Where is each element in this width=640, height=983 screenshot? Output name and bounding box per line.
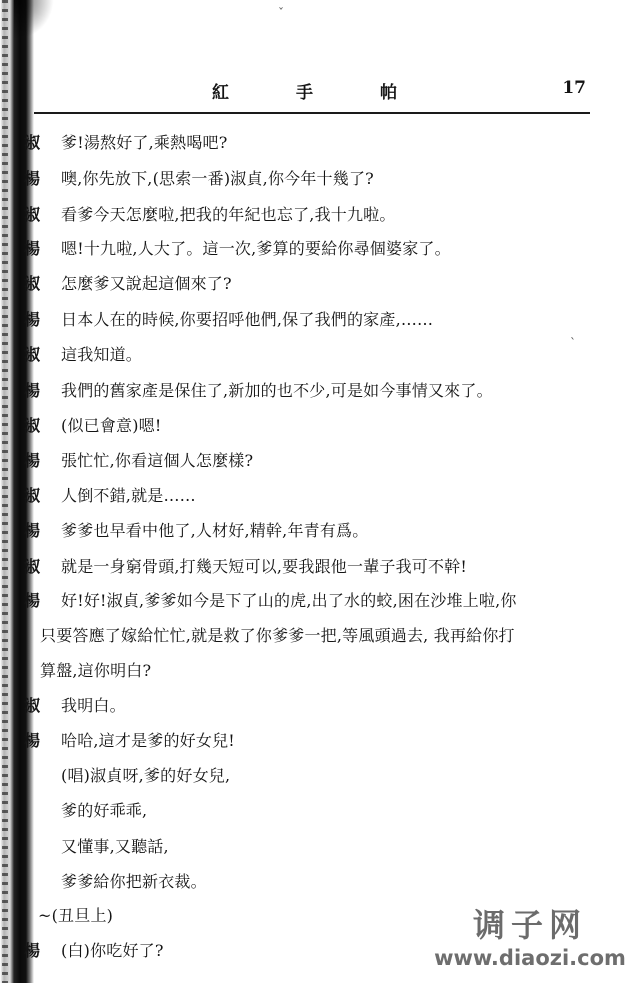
speaker-label: 楊: [24, 164, 48, 194]
speech-text: 看爹今天怎麼啦,把我的年紀也忘了,我十九啦。: [61, 200, 396, 230]
speaker-label: 淑: [24, 552, 48, 582]
title-char: 手: [296, 78, 313, 103]
speaker-label: 淑: [24, 269, 48, 299]
speaker-label: 楊: [24, 516, 48, 546]
song-text: 爹爹給你把新衣裁。: [61, 867, 207, 897]
speech-text: (白)你吃好了?: [61, 936, 164, 966]
scan-smudge: [14, 0, 54, 40]
speaker-label: 淑: [24, 340, 48, 370]
speech-text: 哈哈,這才是爹的好女兒!: [61, 726, 235, 756]
speech-text: 我明白。: [61, 691, 126, 721]
speech-text: 日本人在的時候,你要招呼他們,保了我們的家產,……: [61, 305, 433, 335]
header-divider: [34, 112, 590, 114]
scan-speck: ˋ: [570, 336, 576, 350]
song-text: 又懂事,又聽話,: [61, 832, 169, 862]
speech-text: (似已會意)嗯!: [61, 411, 162, 441]
page-number: 17: [562, 78, 586, 98]
speech-text: 嗯!十九啦,人大了。這一次,爹算的要給你尋個婆家了。: [61, 234, 451, 264]
scan-speck: ˇ: [278, 6, 284, 20]
title-char: 紅: [212, 78, 229, 103]
site-watermark: 调子网 www.diaozi.com: [420, 905, 640, 971]
speaker-label: 楊: [24, 376, 48, 406]
speaker-label: 淑: [24, 128, 48, 158]
running-header: 紅 手 帕 17: [34, 78, 586, 108]
speaker-label: 楊: [24, 936, 48, 966]
speech-text: 算盤,這你明白?: [40, 656, 151, 686]
speaker-label: 楊: [24, 586, 48, 616]
speech-text: 怎麼爹又說起這個來了?: [61, 269, 232, 299]
speech-text: 這我知道。: [61, 340, 142, 370]
speaker-label: 楊: [24, 726, 48, 756]
speech-text: 好!好!淑貞,爹爹如今是下了山的虎,出了水的蛟,困在沙堆上啦,你: [61, 586, 517, 616]
speaker-label: 淑: [24, 691, 48, 721]
speech-text: 就是一身窮骨頭,打幾天短可以,要我跟他一輩子我可不幹!: [61, 552, 467, 582]
stage-direction-text: ~(丑旦上): [38, 901, 113, 931]
speaker-label: 楊: [24, 234, 48, 264]
speech-text: 爹!湯熬好了,乘熱喝吧?: [61, 128, 228, 158]
speech-text: 人倒不錯,就是……: [61, 481, 196, 511]
speaker-label: 淑: [24, 411, 48, 441]
title-char: 帕: [380, 78, 397, 103]
song-text: 爹的好乖乖,: [61, 796, 147, 826]
speech-text: 爹爹也早看中他了,人材好,精幹,年青有爲。: [61, 516, 368, 546]
song-text: (唱)淑貞呀,爹的好女兒,: [61, 761, 230, 791]
speaker-label: 淑: [24, 200, 48, 230]
speech-text: 張忙忙,你看這個人怎麼樣?: [61, 446, 253, 476]
speaker-label: 楊: [24, 305, 48, 335]
speech-text: 噢,你先放下,(思索一番)淑貞,你今年十幾了?: [61, 164, 374, 194]
speaker-label: 楊: [24, 446, 48, 476]
speaker-label: 淑: [24, 481, 48, 511]
watermark-title: 调子网: [420, 905, 640, 945]
speech-text: 只要答應了嫁給忙忙,就是救了你爹爹一把,等風頭過去, 我再給你打: [40, 621, 515, 651]
watermark-url: www.diaozi.com: [420, 945, 640, 971]
speech-text: 我們的舊家產是保住了,新加的也不少,可是如今事情又來了。: [61, 376, 493, 406]
